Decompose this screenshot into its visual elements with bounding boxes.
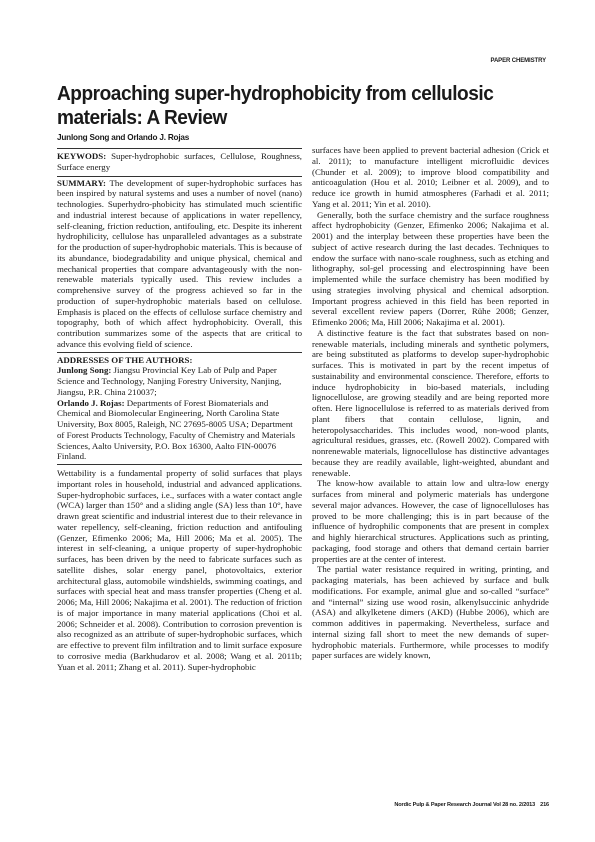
address-author-name: Junlong Song:: [57, 365, 111, 375]
article-title: Approaching super-hydrophobicity from ce…: [57, 82, 503, 129]
summary-label: SUMMARY:: [57, 178, 106, 188]
keywords-label: KEYWODS:: [57, 151, 106, 161]
address-entry: Junlong Song: Jiangsu Provincial Key Lab…: [57, 365, 302, 397]
page-number: 216: [540, 802, 549, 808]
body-paragraph: surfaces have been applied to prevent ba…: [312, 145, 549, 210]
body-paragraph: Generally, both the surface chemistry an…: [312, 210, 549, 328]
summary-box: SUMMARY: The development of super-hydrop…: [57, 176, 302, 352]
addresses-heading: ADDRESSES OF THE AUTHORS:: [57, 355, 302, 366]
keywords-box: KEYWODS: Super-hydrophobic surfaces, Cel…: [57, 148, 302, 176]
addresses-box: ADDRESSES OF THE AUTHORS: Junlong Song: …: [57, 352, 302, 465]
section-label: PAPER CHEMISTRY: [490, 58, 546, 64]
body-paragraph: A distinctive feature is the fact that s…: [312, 328, 549, 479]
page-footer: Nordic Pulp & Paper Research Journal Vol…: [394, 802, 549, 808]
body-paragraph: The partial water resistance required in…: [312, 564, 549, 661]
body-paragraph: Wettability is a fundamental property of…: [57, 468, 302, 672]
address-author-name: Orlando J. Rojas:: [57, 398, 125, 408]
article-authors: Junlong Song and Orlando J. Rojas: [57, 133, 189, 142]
left-column: KEYWODS: Super-hydrophobic surfaces, Cel…: [57, 148, 302, 672]
summary-text: The development of super-hydrophobic sur…: [57, 178, 302, 349]
right-column: surfaces have been applied to prevent ba…: [312, 145, 549, 661]
address-entry: Orlando J. Rojas: Departments of Forest …: [57, 398, 302, 463]
body-paragraph: The know-how available to attain low and…: [312, 478, 549, 564]
body-left: Wettability is a fundamental property of…: [57, 464, 302, 672]
journal-citation: Nordic Pulp & Paper Research Journal Vol…: [394, 802, 535, 808]
